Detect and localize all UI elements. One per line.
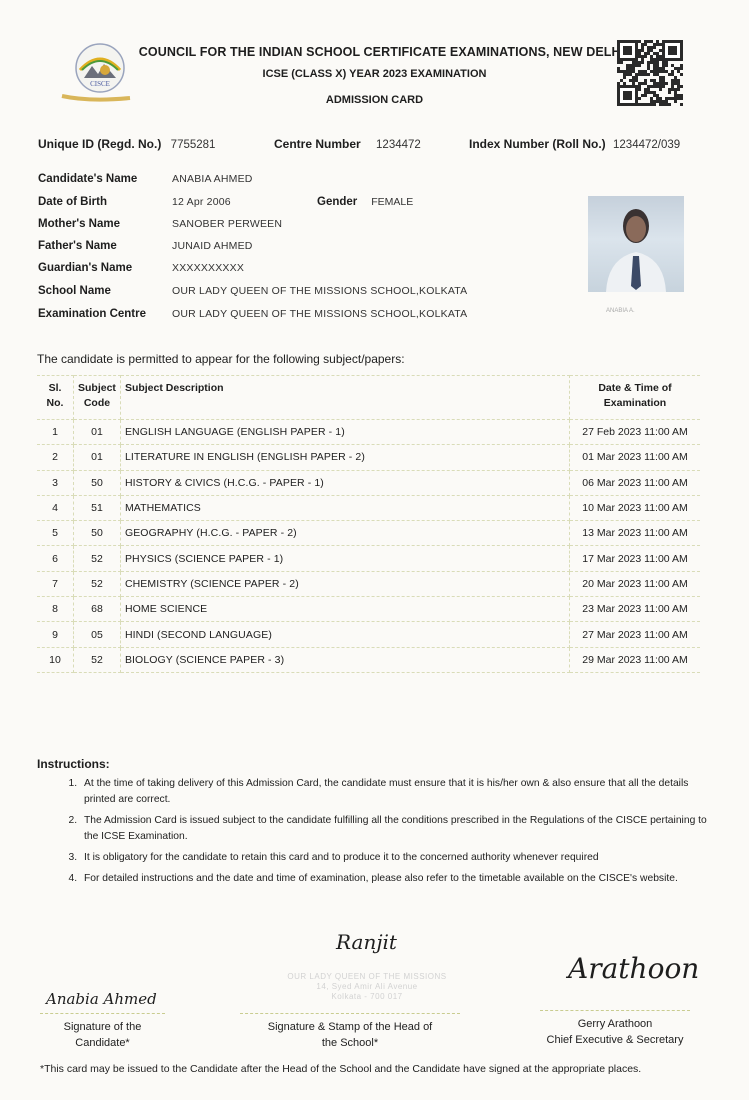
chief-executive-signature-line — [540, 1010, 690, 1012]
subject-code: 68 — [74, 597, 121, 622]
subject-code: 01 — [74, 420, 121, 445]
index-number-value: 1234472/039 — [613, 139, 680, 151]
table-row: 201LITERATURE IN ENGLISH (ENGLISH PAPER … — [37, 445, 700, 470]
instruction-item: It is obligatory for the candidate to re… — [80, 850, 720, 866]
exam-date-time: 20 Mar 2023 11:00 AM — [570, 571, 701, 596]
subject-description: HINDI (SECOND LANGUAGE) — [120, 622, 569, 647]
school-stamp: OUR LADY QUEEN OF THE MISSIONS 14, Syed … — [262, 972, 472, 1002]
subject-description: LITERATURE IN ENGLISH (ENGLISH PAPER - 2… — [120, 445, 569, 470]
subject-code: 51 — [74, 495, 121, 520]
table-row: 752CHEMISTRY (SCIENCE PAPER - 2)20 Mar 2… — [37, 571, 700, 596]
table-row: 550GEOGRAPHY (H.C.G. - PAPER - 2)13 Mar … — [37, 521, 700, 546]
exam-date-time: 06 Mar 2023 11:00 AM — [570, 470, 701, 495]
col-subject-code: SubjectCode — [74, 376, 121, 420]
subject-code: 50 — [74, 470, 121, 495]
table-row: 451MATHEMATICS10 Mar 2023 11:00 AM — [37, 495, 700, 520]
permission-text: The candidate is permitted to appear for… — [37, 352, 405, 366]
guardian-name-row: Guardian's NameXXXXXXXXXX — [38, 262, 244, 278]
exam-date-time: 17 Mar 2023 11:00 AM — [570, 546, 701, 571]
exam-date-time: 29 Mar 2023 11:00 AM — [570, 647, 701, 672]
father-name-row: Father's NameJUNAID AHMED — [38, 240, 253, 256]
table-row: 101ENGLISH LANGUAGE (ENGLISH PAPER - 1)2… — [37, 420, 700, 445]
subject-sl-no: 3 — [37, 470, 74, 495]
exam-date-time: 27 Feb 2023 11:00 AM — [570, 420, 701, 445]
instructions-list: At the time of taking delivery of this A… — [37, 776, 720, 892]
dob-value: 12 Apr 2006 — [172, 196, 231, 208]
gender-value: FEMALE — [371, 196, 413, 208]
subject-description: CHEMISTRY (SCIENCE PAPER - 2) — [120, 571, 569, 596]
subject-description: GEOGRAPHY (H.C.G. - PAPER - 2) — [120, 521, 569, 546]
chief-executive-label: Gerry ArathoonChief Executive & Secretar… — [540, 1016, 690, 1048]
head-signature-label: Signature & Stamp of the Head ofthe Scho… — [240, 1019, 460, 1051]
centre-number-value: 1234472 — [376, 139, 421, 151]
candidate-name-label: Candidate's Name — [38, 173, 172, 185]
dob-row: Date of Birth12 Apr 2006 — [38, 196, 231, 212]
subject-sl-no: 1 — [37, 420, 74, 445]
subject-sl-no: 10 — [37, 647, 74, 672]
photo-caption: ANABIA A. — [606, 308, 635, 314]
guardian-name-value: XXXXXXXXXX — [172, 262, 244, 274]
centre-number-label: Centre Number — [274, 137, 361, 151]
index-number: Index Number (Roll No.) 1234472/039 — [469, 137, 680, 151]
subject-sl-no: 4 — [37, 495, 74, 520]
subject-description: MATHEMATICS — [120, 495, 569, 520]
candidate-photo — [588, 196, 684, 292]
candidate-signature: Anabia Ahmed — [46, 990, 157, 1008]
school-name-value: OUR LADY QUEEN OF THE MISSIONS SCHOOL,KO… — [172, 285, 467, 297]
subject-code: 52 — [74, 546, 121, 571]
subject-sl-no: 7 — [37, 571, 74, 596]
father-name-label: Father's Name — [38, 240, 172, 252]
unique-id-label: Unique ID (Regd. No.) — [38, 137, 161, 151]
table-row: 868HOME SCIENCE23 Mar 2023 11:00 AM — [37, 597, 700, 622]
subject-code: 52 — [74, 647, 121, 672]
index-number-label: Index Number (Roll No.) — [469, 137, 606, 151]
table-header-row: Sl.No. SubjectCode Subject Description D… — [37, 376, 700, 420]
candidate-name-row: Candidate's NameANABIA AHMED — [38, 173, 253, 189]
exam-date-time: 27 Mar 2023 11:00 AM — [570, 622, 701, 647]
col-date-time: Date & Time ofExamination — [570, 376, 701, 420]
head-signature: Ranjit — [336, 930, 397, 954]
candidate-name-value: ANABIA AHMED — [172, 173, 253, 185]
subject-code: 50 — [74, 521, 121, 546]
unique-id: Unique ID (Regd. No.) 7755281 — [38, 137, 215, 151]
subject-description: BIOLOGY (SCIENCE PAPER - 3) — [120, 647, 569, 672]
subject-sl-no: 2 — [37, 445, 74, 470]
exam-centre-row: Examination CentreOUR LADY QUEEN OF THE … — [38, 308, 467, 324]
candidate-signature-line — [40, 1013, 165, 1015]
exam-date-time: 23 Mar 2023 11:00 AM — [570, 597, 701, 622]
dob-label: Date of Birth — [38, 196, 172, 208]
centre-number: Centre Number 1234472 — [274, 137, 421, 151]
school-name-label: School Name — [38, 285, 172, 297]
gender-row: GenderFEMALE — [317, 196, 413, 208]
subject-sl-no: 6 — [37, 546, 74, 571]
exam-date-time: 01 Mar 2023 11:00 AM — [570, 445, 701, 470]
subject-sl-no: 8 — [37, 597, 74, 622]
instruction-item: For detailed instructions and the date a… — [80, 871, 720, 887]
col-subject-description: Subject Description — [120, 376, 569, 420]
exam-date-time: 10 Mar 2023 11:00 AM — [570, 495, 701, 520]
chief-executive-signature: Arathoon — [568, 952, 699, 985]
table-row: 350HISTORY & CIVICS (H.C.G. - PAPER - 1)… — [37, 470, 700, 495]
head-signature-line — [240, 1013, 460, 1015]
subject-code: 05 — [74, 622, 121, 647]
table-row: 905HINDI (SECOND LANGUAGE)27 Mar 2023 11… — [37, 622, 700, 647]
svg-text:CISCE: CISCE — [90, 80, 110, 88]
father-name-value: JUNAID AHMED — [172, 240, 253, 252]
subject-description: PHYSICS (SCIENCE PAPER - 1) — [120, 546, 569, 571]
table-row: 652PHYSICS (SCIENCE PAPER - 1)17 Mar 202… — [37, 546, 700, 571]
exam-centre-label: Examination Centre — [38, 308, 172, 320]
subject-code: 01 — [74, 445, 121, 470]
subject-sl-no: 5 — [37, 521, 74, 546]
subjects-table: Sl.No. SubjectCode Subject Description D… — [37, 375, 700, 673]
mother-name-row: Mother's NameSANOBER PERWEEN — [38, 218, 282, 234]
subject-description: HISTORY & CIVICS (H.C.G. - PAPER - 1) — [120, 470, 569, 495]
subject-description: HOME SCIENCE — [120, 597, 569, 622]
footnote: *This card may be issued to the Candidat… — [40, 1063, 641, 1075]
instruction-item: At the time of taking delivery of this A… — [80, 776, 720, 808]
gender-label: Gender — [317, 196, 357, 208]
col-sl-no: Sl.No. — [37, 376, 74, 420]
qr-code — [617, 40, 683, 106]
subject-code: 52 — [74, 571, 121, 596]
unique-id-value: 7755281 — [171, 139, 216, 151]
guardian-name-label: Guardian's Name — [38, 262, 172, 274]
mother-name-value: SANOBER PERWEEN — [172, 218, 282, 230]
subject-description: ENGLISH LANGUAGE (ENGLISH PAPER - 1) — [120, 420, 569, 445]
instruction-item: The Admission Card is issued subject to … — [80, 813, 720, 845]
exam-date-time: 13 Mar 2023 11:00 AM — [570, 521, 701, 546]
subject-sl-no: 9 — [37, 622, 74, 647]
table-row: 1052BIOLOGY (SCIENCE PAPER - 3)29 Mar 20… — [37, 647, 700, 672]
candidate-signature-label: Signature of theCandidate* — [40, 1019, 165, 1051]
mother-name-label: Mother's Name — [38, 218, 172, 230]
school-name-row: School NameOUR LADY QUEEN OF THE MISSION… — [38, 285, 467, 301]
exam-centre-value: OUR LADY QUEEN OF THE MISSIONS SCHOOL,KO… — [172, 308, 467, 320]
instructions-title: Instructions: — [37, 757, 110, 771]
